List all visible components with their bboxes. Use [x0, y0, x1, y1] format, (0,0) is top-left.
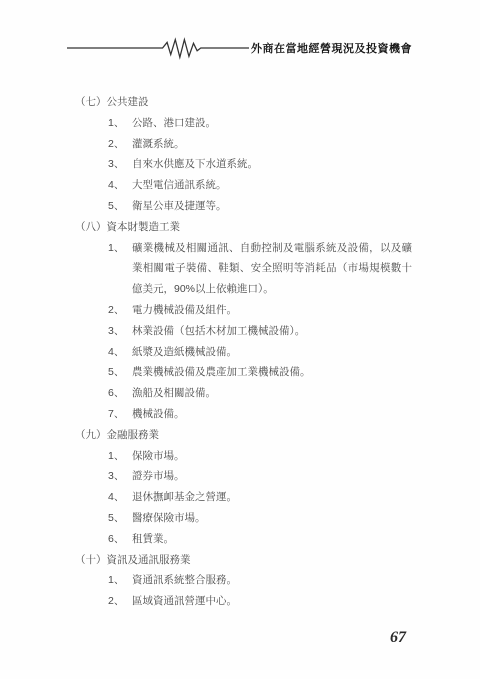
- item-text: 租賃業。: [132, 529, 412, 550]
- list-item: 3、林業設備（包括木材加工機械設備）。: [0, 321, 480, 342]
- item-text: 農業機械設備及農產加工業機械設備。: [132, 362, 412, 383]
- item-number: 5、: [108, 508, 132, 529]
- item-text: 資通訊系統整合服務。: [132, 570, 412, 591]
- list-item: 6、租賃業。: [0, 529, 480, 550]
- item-text: 區域資通訊營運中心。: [132, 591, 412, 612]
- item-number: 4、: [108, 487, 132, 508]
- list-item: 1、礦業機械及相關通訊、自動控制及電腦系統及設備，以及礦業相關電子裝備、鞋類、安…: [0, 238, 480, 300]
- item-text: 林業設備（包括木材加工機械設備）。: [132, 321, 412, 342]
- list-item: 1、保險市場。: [0, 446, 480, 467]
- list-item: 4、紙漿及造紙機械設備。: [0, 342, 480, 363]
- list-item: 3、證券市場。: [0, 466, 480, 487]
- section-title: 公共建設: [107, 96, 149, 108]
- item-text: 大型電信通訊系統。: [132, 175, 412, 196]
- item-text: 紙漿及造紙機械設備。: [132, 342, 412, 363]
- section-heading-10: （十）資訊及通訊服務業: [0, 550, 480, 571]
- item-number: 2、: [108, 300, 132, 321]
- item-number: 4、: [108, 342, 132, 363]
- item-number: 2、: [108, 591, 132, 612]
- section-title: 資訊及通訊服務業: [107, 554, 191, 566]
- section-label: （十）: [75, 554, 107, 566]
- item-number: 5、: [108, 196, 132, 217]
- list-item: 5、農業機械設備及農產加工業機械設備。: [0, 362, 480, 383]
- list-item: 5、醫療保險市場。: [0, 508, 480, 529]
- item-number: 2、: [108, 134, 132, 155]
- page-number: 67: [390, 629, 406, 647]
- item-text: 公路、港口建設。: [132, 113, 412, 134]
- list-item: 3、自來水供應及下水道系統。: [0, 154, 480, 175]
- section-heading-9: （九）金融服務業: [0, 425, 480, 446]
- item-number: 3、: [108, 466, 132, 487]
- item-number: 1、: [108, 238, 132, 300]
- list-item: 1、公路、港口建設。: [0, 113, 480, 134]
- section-label: （八）: [75, 221, 107, 233]
- item-text: 醫療保險市場。: [132, 508, 412, 529]
- list-item: 1、資通訊系統整合服務。: [0, 570, 480, 591]
- item-number: 1、: [108, 113, 132, 134]
- page-header: 外商在當地經營現況及投資機會: [67, 34, 412, 62]
- item-text: 礦業機械及相關通訊、自動控制及電腦系統及設備，以及礦業相關電子裝備、鞋類、安全照…: [132, 238, 412, 300]
- document-page: 外商在當地經營現況及投資機會 （七）公共建設 1、公路、港口建設。 2、灌溉系統…: [0, 0, 480, 679]
- item-text: 保險市場。: [132, 446, 412, 467]
- item-number: 4、: [108, 175, 132, 196]
- item-text: 退休撫卹基金之營運。: [132, 487, 412, 508]
- item-text: 證券市場。: [132, 466, 412, 487]
- item-text: 漁船及相關設備。: [132, 383, 412, 404]
- item-number: 6、: [108, 529, 132, 550]
- item-number: 3、: [108, 321, 132, 342]
- section-heading-7: （七）公共建設: [0, 92, 480, 113]
- item-text: 自來水供應及下水道系統。: [132, 154, 412, 175]
- list-item: 5、衛星公車及捷運等。: [0, 196, 480, 217]
- header-divider-ecg: [67, 34, 249, 62]
- item-text: 機械設備。: [132, 404, 412, 425]
- item-text: 灌溉系統。: [132, 134, 412, 155]
- section-title: 資本財製造工業: [107, 221, 181, 233]
- item-number: 1、: [108, 570, 132, 591]
- item-number: 3、: [108, 154, 132, 175]
- running-title: 外商在當地經營現況及投資機會: [249, 40, 412, 56]
- list-item: 2、灌溉系統。: [0, 134, 480, 155]
- list-item: 6、漁船及相關設備。: [0, 383, 480, 404]
- section-heading-8: （八）資本財製造工業: [0, 217, 480, 238]
- list-item: 7、機械設備。: [0, 404, 480, 425]
- list-item: 2、區域資通訊營運中心。: [0, 591, 480, 612]
- list-item: 2、電力機械設備及組件。: [0, 300, 480, 321]
- item-number: 5、: [108, 362, 132, 383]
- list-item: 4、退休撫卹基金之營運。: [0, 487, 480, 508]
- section-title: 金融服務業: [107, 429, 160, 441]
- list-item: 4、大型電信通訊系統。: [0, 175, 480, 196]
- item-number: 7、: [108, 404, 132, 425]
- item-number: 1、: [108, 446, 132, 467]
- section-label: （九）: [75, 429, 107, 441]
- outline-content: （七）公共建設 1、公路、港口建設。 2、灌溉系統。 3、自來水供應及下水道系統…: [0, 92, 480, 612]
- section-label: （七）: [75, 96, 107, 108]
- item-text: 電力機械設備及組件。: [132, 300, 412, 321]
- item-number: 6、: [108, 383, 132, 404]
- item-text: 衛星公車及捷運等。: [132, 196, 412, 217]
